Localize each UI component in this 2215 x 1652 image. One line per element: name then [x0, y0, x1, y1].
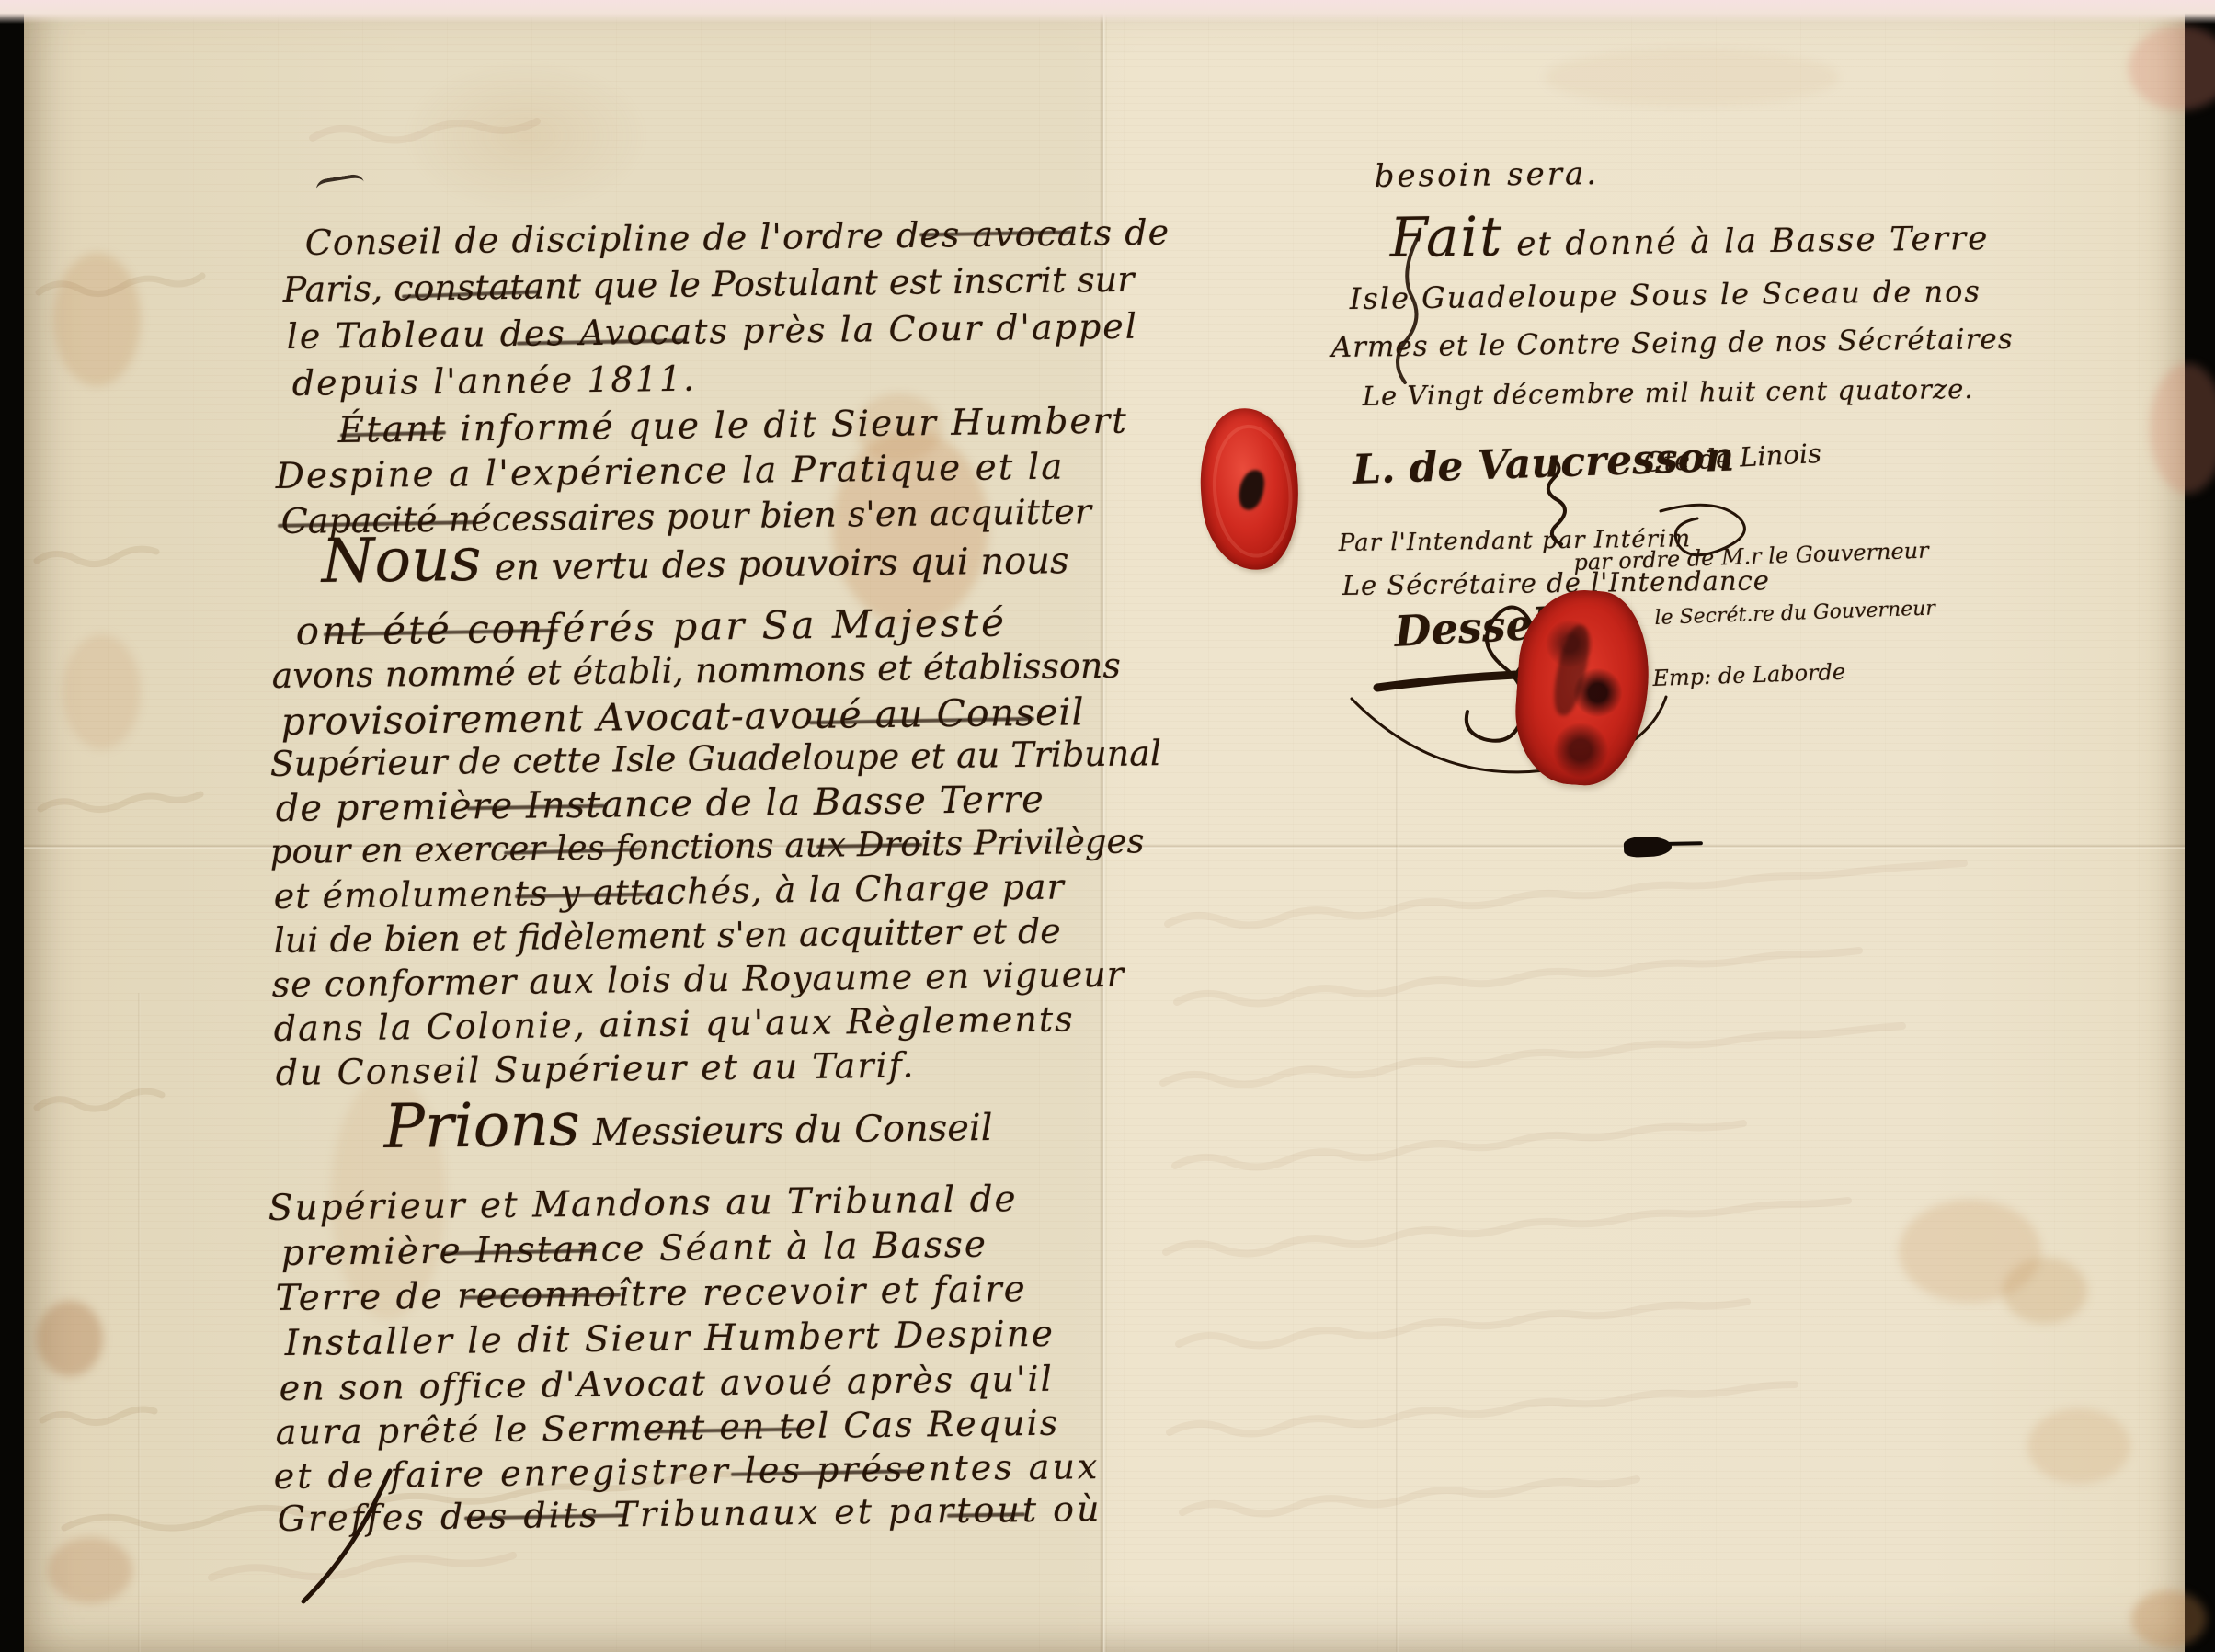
stain	[48, 1537, 132, 1603]
stain	[53, 253, 141, 386]
stain	[2131, 1590, 2207, 1647]
scanner-edge-strip	[0, 0, 2215, 24]
manuscript-line-prions: Prions Messieurs du Conseil	[383, 1096, 992, 1156]
stain	[63, 634, 141, 749]
scanned-document: Conseil de discipline de l'ordre des avo…	[0, 0, 2215, 1652]
illuminated-word: Fait	[1389, 215, 1503, 260]
illuminated-word: Nous	[321, 536, 482, 587]
manuscript-line-nous: Nous en vertu des pouvoirs qui nous	[321, 529, 1068, 591]
manuscript-line: première Instance Séant à la Basse	[280, 1225, 988, 1274]
stain	[2027, 1408, 2130, 1484]
stain	[37, 1301, 103, 1376]
manuscript-line-fait: Fait et donné à la Basse Terre	[1389, 210, 1989, 265]
manuscript-line: ont été conférés par Sa Majesté	[295, 600, 1007, 654]
stain	[2003, 1258, 2087, 1324]
manuscript-line: du Conseil Supérieur et au Tarif.	[275, 1045, 915, 1093]
paper-watermark	[403, 59, 649, 213]
manuscript-line: depuis l'année 1811.	[291, 359, 696, 404]
stain	[1545, 48, 1839, 107]
illuminated-word: Prions	[383, 1100, 580, 1151]
manuscript-line: besoin sera.	[1375, 155, 1600, 195]
